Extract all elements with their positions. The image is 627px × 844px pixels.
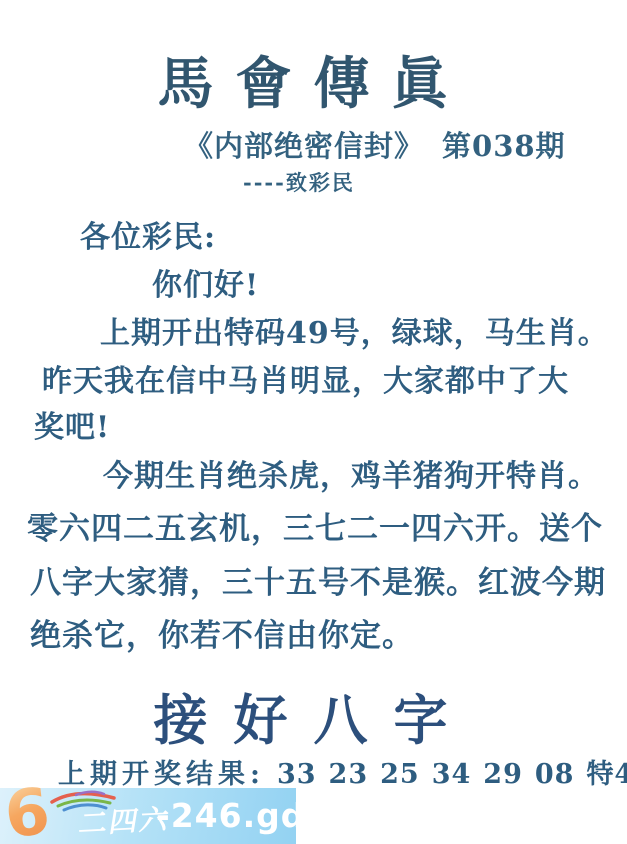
logo-site-text: -246.gd bbox=[156, 796, 305, 835]
greeting: 你们好! bbox=[152, 260, 259, 304]
result-number: 29 bbox=[483, 759, 523, 790]
subtitle-bracket-text: 《内部绝密信封》 bbox=[184, 124, 424, 165]
issue-number: 第038期 bbox=[442, 124, 566, 165]
subtitle: 《内部绝密信封》 第038期 bbox=[184, 124, 566, 165]
letter-line: 上期开出特码49号，绿球，马生肖。 bbox=[100, 308, 609, 352]
previous-results-line: 上期开奖结果: 33 23 25 34 29 08 特49 bbox=[58, 752, 627, 791]
watermark-banner: 6 二四六 -246.gd bbox=[0, 788, 296, 844]
letter-line: 今期生肖绝杀虎，鸡羊猪狗开特肖。 bbox=[103, 451, 599, 495]
result-number: 23 bbox=[329, 759, 369, 790]
result-number: 08 bbox=[535, 759, 575, 790]
result-number: 33 bbox=[277, 759, 317, 790]
letter-line: 昨天我在信中马肖明显，大家都中了大 bbox=[42, 356, 569, 400]
page-title: 馬會傳眞 bbox=[0, 40, 627, 120]
logo-six-glyph: 6 bbox=[2, 780, 53, 844]
dedication-line: ----致彩民 bbox=[243, 167, 355, 197]
results-label: 上期开奖结果: bbox=[58, 752, 265, 791]
slogan: 接好八字 bbox=[0, 678, 627, 755]
fax-flyer-page: 馬會傳眞 《内部绝密信封》 第038期 ----致彩民 各位彩民: 你们好! 上… bbox=[0, 0, 627, 844]
result-number: 34 bbox=[432, 759, 472, 790]
letter-line: 奖吧! bbox=[34, 402, 110, 446]
special-number: 特49 bbox=[586, 752, 627, 791]
result-number: 25 bbox=[380, 759, 420, 790]
letter-line: 绝杀它，你若不信由你定。 bbox=[30, 610, 414, 655]
letter-line: 零六四二五玄机，三七二一四六开。送个 bbox=[27, 503, 603, 548]
salutation: 各位彩民: bbox=[80, 212, 216, 256]
letter-line: 八字大家猜，三十五号不是猴。红波今期 bbox=[30, 557, 606, 602]
